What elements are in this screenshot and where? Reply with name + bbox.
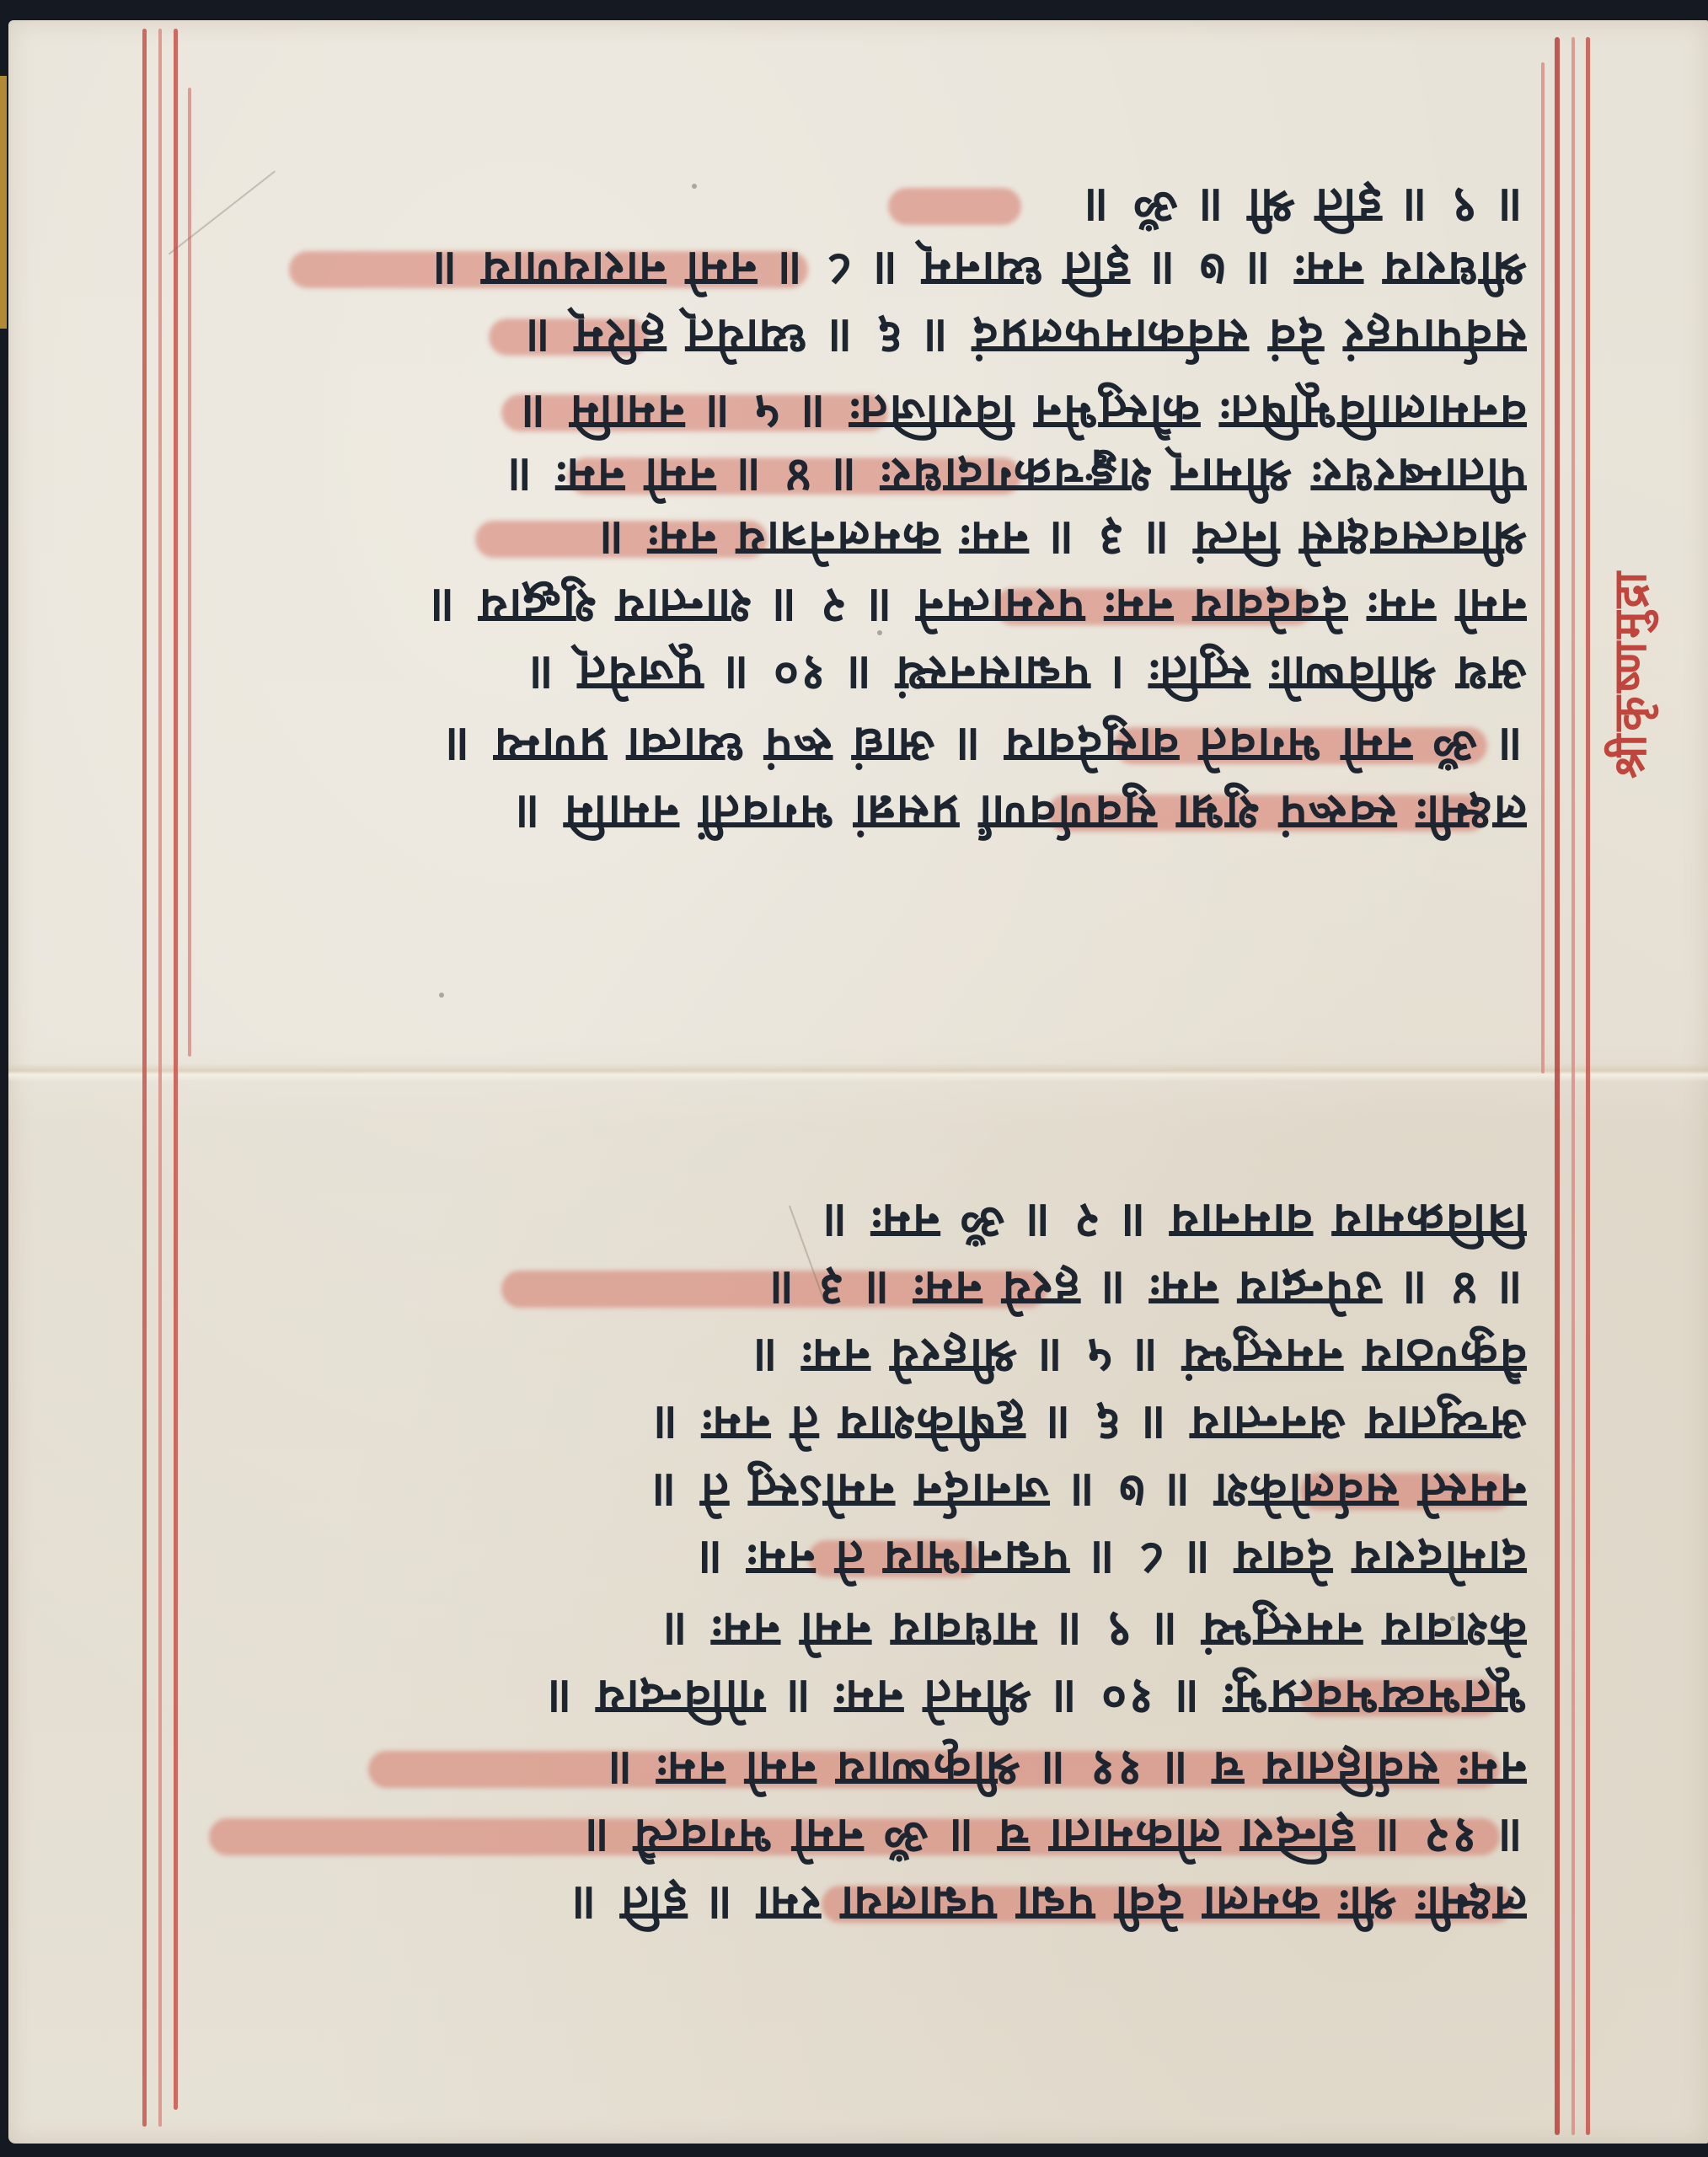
manuscript-line: अथ श्रीविष्णोः स्तुतिः । पद्मासनस्थं ॥ १… — [195, 640, 1527, 708]
manuscript-line: ॥ ४ ॥ उपेन्द्राय नमः ॥ हरये नमः ॥ ३ ॥ — [195, 1255, 1527, 1323]
margin-title: श्रीकृष्णमुद्रा — [1599, 383, 1662, 779]
margin-rule — [142, 29, 147, 2127]
manuscript-folio: श्रीकृष्णमुद्रा लक्ष्मीः श्रीः कमला देवी… — [8, 20, 1708, 2144]
manuscript-line: नमो नमः देवदेवाय नमः परमात्मने ॥ २ ॥ शान… — [195, 573, 1527, 640]
margin-rule — [1541, 62, 1545, 1073]
manuscript-line: नमः सर्वहिताय च ॥ ११ ॥ श्रीकृष्णाय नमो न… — [195, 1736, 1527, 1803]
manuscript-line: त्रिविक्रमाय वामनाय ॥ २ ॥ ॐ नमः ॥ — [195, 1188, 1527, 1255]
margin-rule — [1555, 37, 1560, 2135]
paper-speck — [439, 993, 444, 998]
photo-background: श्रीकृष्णमुद्रा लक्ष्मीः श्रीः कमला देवी… — [0, 0, 1708, 2157]
folio-content-rotated: श्रीकृष्णमुद्रा लक्ष्मीः श्रीः कमला देवी… — [8, 20, 1708, 2144]
manuscript-line: ॥ ९ ॥ इति श्री ॥ ॐ ॥ — [195, 173, 1527, 240]
margin-rule — [1586, 37, 1590, 2135]
manuscript-line: वनमालाविभूषितः कौस्तुभेन विराजितः ॥ ५ ॥ … — [195, 379, 1527, 447]
manuscript-line: ॥ ॐ नमो भगवते वासुदेवाय ॥ आद्यं रूपं ध्य… — [195, 712, 1527, 779]
paper-speck — [692, 184, 697, 189]
manuscript-line: भूतभव्यभवत्प्रभुः ॥ १० ॥ श्रीमते नमः ॥ ग… — [195, 1664, 1527, 1731]
margin-rule — [158, 29, 162, 2127]
manuscript-line: श्रीवत्सवक्षसे नित्यं ॥ ३ ॥ नमः कमलनेत्र… — [195, 506, 1527, 573]
manuscript-line: श्रीधराय नमः ॥ ७ ॥ इति ध्यानम् ॥ ८ ॥ नमो… — [195, 236, 1527, 303]
manuscript-line: नमस्ते सर्वलोकेश ॥ ७ ॥ जनार्दन नमोऽस्तु … — [195, 1458, 1527, 1525]
manuscript-line: लक्ष्मीः स्वरूपं शुभ्रा सुवर्णवर्णां प्र… — [195, 779, 1527, 847]
manuscript-line: केशवाय नमस्तुभ्यं ॥ ९ ॥ माधवाय नमो नमः ॥ — [195, 1597, 1527, 1664]
manuscript-line: दामोदराय देवाय ॥ ८ ॥ पद्मनाभाय ते नमः ॥ — [195, 1525, 1527, 1592]
margin-rule — [188, 88, 191, 1057]
margin-rule — [1571, 37, 1575, 2135]
paper-speck — [877, 630, 882, 635]
manuscript-line: वैकुण्ठाय नमस्तुभ्यं ॥ ५ ॥ श्रीहरये नमः … — [195, 1323, 1527, 1390]
manuscript-line: सर्वपापहरं देवं सर्वकामफलप्रदं ॥ ६ ॥ ध्य… — [195, 303, 1527, 371]
manuscript-line: पीताम्बरधरः श्रीमान् शङ्खचक्रगदाधरः ॥ ४ … — [195, 442, 1527, 510]
manuscript-line: लक्ष्मीः श्रीः कमला देवी पद्मा पद्मालया … — [195, 1871, 1527, 1938]
manuscript-line: अच्युताय अनन्ताय ॥ ६ ॥ हृषीकेशाय ते नमः … — [195, 1390, 1527, 1458]
yellow-page-edge — [0, 76, 7, 329]
paper-speck — [1450, 1616, 1455, 1621]
margin-rule — [174, 29, 178, 2110]
manuscript-line: ॥ १२ ॥ इन्दिरा लोकमाता च ॥ ॐ नमो भगवत्यै… — [195, 1803, 1527, 1871]
